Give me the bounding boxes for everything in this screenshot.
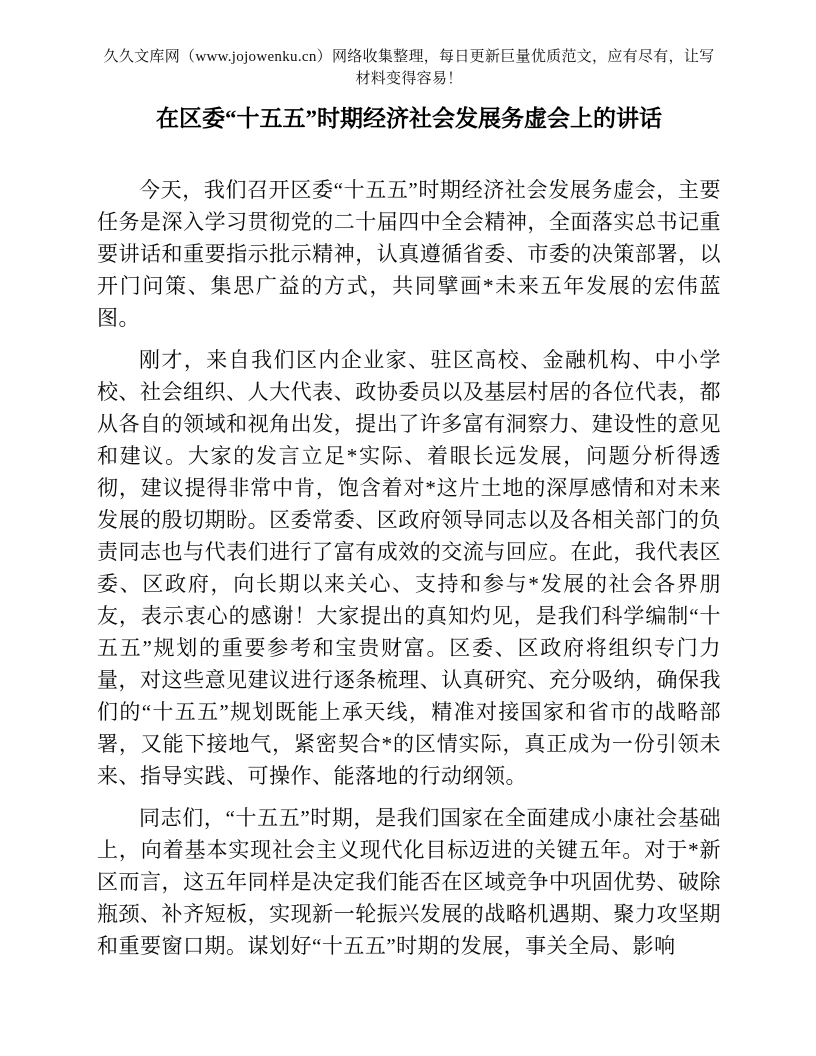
- paragraph: 刚才，来自我们区内企业家、驻区高校、金融机构、中小学校、社会组织、人大代表、政协…: [97, 344, 721, 792]
- paragraph: 今天，我们召开区委“十五五”时期经济社会发展务虚会，主要任务是深入学习贯彻党的二…: [97, 174, 721, 334]
- paragraph: 同志们，“十五五”时期，是我们国家在全面建成小康社会基础上，向着基本实现社会主义…: [97, 802, 721, 962]
- site-watermark-header: 久久文库网（www.jojowenku.cn）网络收集整理，每日更新巨量优质范文…: [97, 46, 721, 90]
- document-body: 今天，我们召开区委“十五五”时期经济社会发展务虚会，主要任务是深入学习贯彻党的二…: [97, 174, 721, 962]
- document-title: 在区委“十五五”时期经济社会发展务虚会上的讲话: [97, 104, 721, 134]
- document-page: 久久文库网（www.jojowenku.cn）网络收集整理，每日更新巨量优质范文…: [0, 0, 816, 1056]
